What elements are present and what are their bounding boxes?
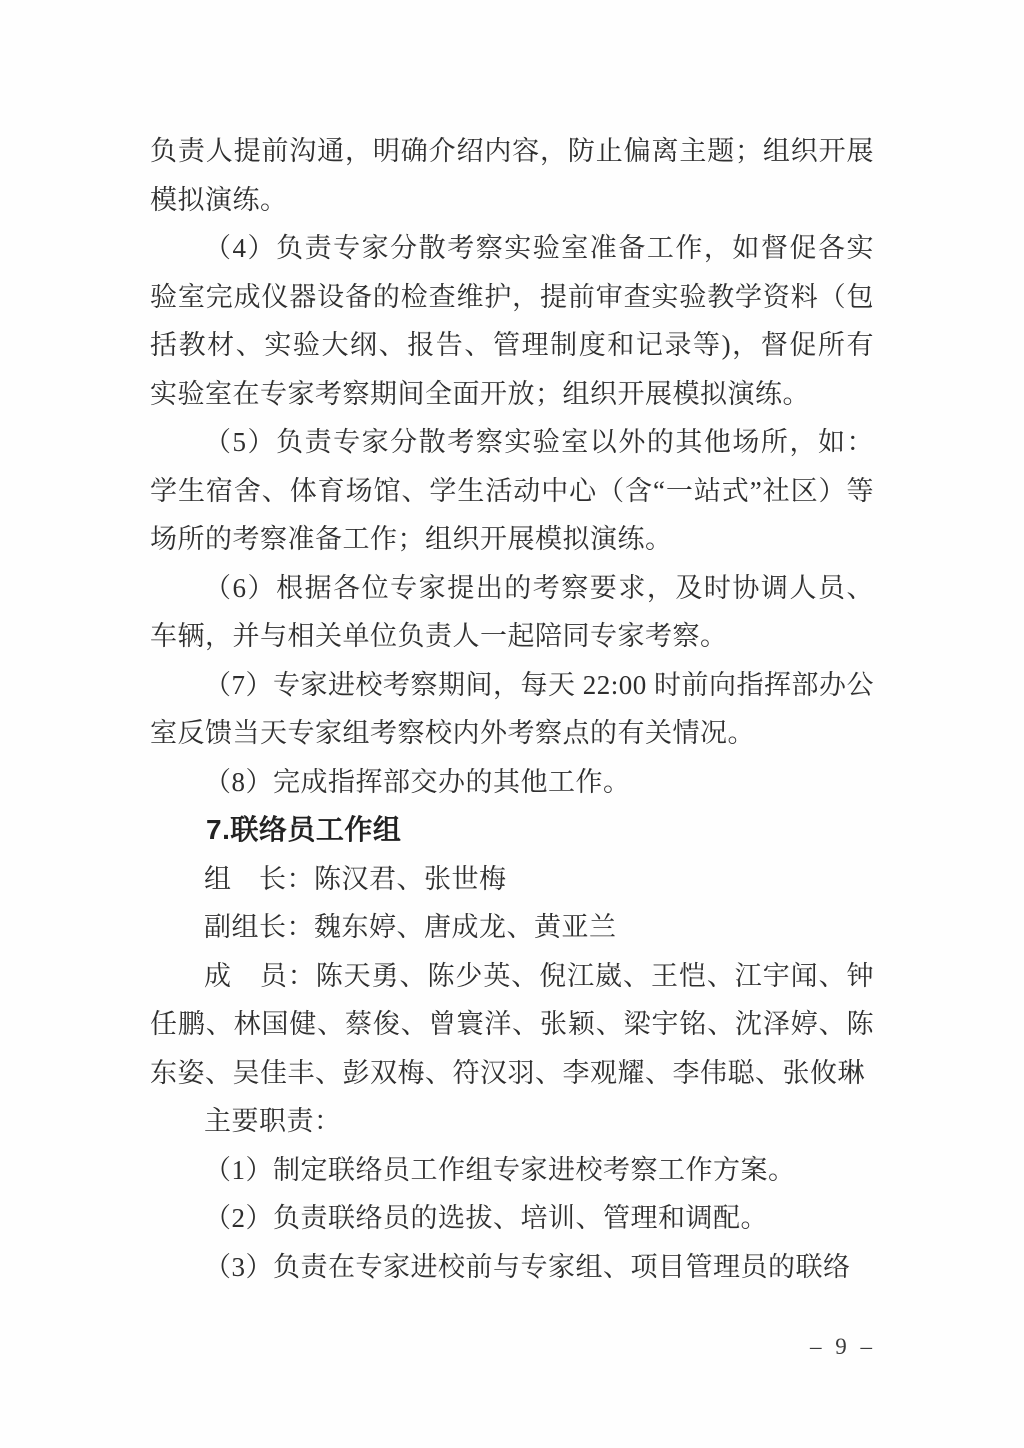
paragraph-item-6: （6）根据各位专家提出的考察要求，及时协调人员、车辆，并与相关单位负责人一起陪同… — [150, 564, 874, 661]
paragraph-item-5: （5）负责专家分散考察实验室以外的其他场所，如：学生宿舍、体育场馆、学生活动中心… — [150, 418, 874, 564]
page-number: – 9 – — [810, 1334, 876, 1360]
paragraph-item-7: （7）专家进校考察期间，每天 22:00 时前向指挥部办公室反馈当天专家组考察校… — [150, 661, 874, 758]
paragraph-duty-1: （1）制定联络员工作组专家进校考察工作方案。 — [150, 1146, 874, 1195]
paragraph-duty-3: （3）负责在专家进校前与专家组、项目管理员的联络 — [150, 1243, 874, 1292]
paragraph-deputy-leaders: 副组长：魏东婷、唐成龙、黄亚兰 — [150, 903, 874, 952]
paragraph-continuation: 负责人提前沟通，明确介绍内容，防止偏离主题；组织开展模拟演练。 — [150, 127, 874, 224]
section-heading: 7.联络员工作组 — [150, 806, 874, 855]
paragraph-item-4: （4）负责专家分散考察实验室准备工作，如督促各实验室完成仪器设备的检查维护，提前… — [150, 224, 874, 418]
paragraph-duty-2: （2）负责联络员的选拔、培训、管理和调配。 — [150, 1194, 874, 1243]
paragraph-group-leader: 组 长：陈汉君、张世梅 — [150, 855, 874, 904]
paragraph-members: 成 员：陈天勇、陈少英、倪江崴、王恺、江宇闻、钟任鹏、林国健、蔡俊、曾寰洋、张颖… — [150, 952, 874, 1098]
body-text: 负责人提前沟通，明确介绍内容，防止偏离主题；组织开展模拟演练。 （4）负责专家分… — [150, 127, 874, 1291]
paragraph-item-8: （8）完成指挥部交办的其他工作。 — [150, 758, 874, 807]
document-page: 负责人提前沟通，明确介绍内容，防止偏离主题；组织开展模拟演练。 （4）负责专家分… — [0, 0, 1024, 1448]
paragraph-duties-label: 主要职责： — [150, 1097, 874, 1146]
